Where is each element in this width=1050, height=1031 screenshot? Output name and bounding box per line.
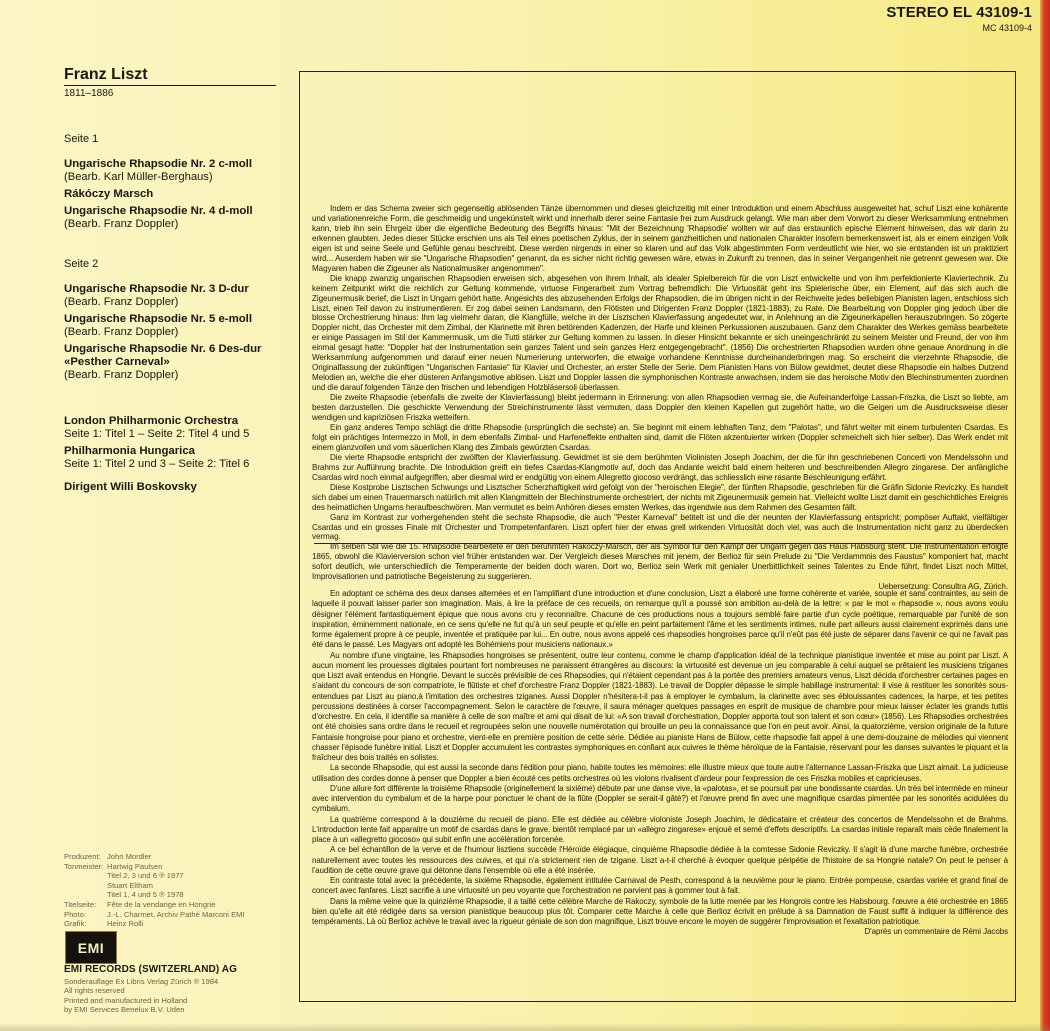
- composer-name: Franz Liszt: [64, 66, 276, 86]
- track-arrangement: (Bearb. Karl Müller-Berghaus): [64, 171, 294, 184]
- cassette-number: MC 43109-4: [886, 23, 1032, 33]
- notes-paragraph: Indem er das Schema zweier sich gegensei…: [312, 204, 1008, 274]
- track-item: Ungarische Rhapsodie Nr. 5 e-moll (Bearb…: [64, 313, 294, 339]
- track-subtitle: «Pesther Carneval»: [64, 356, 294, 369]
- orchestra-name: Philharmonia Hungarica: [64, 445, 294, 458]
- track-item: Ungarische Rhapsodie Nr. 3 D-dur (Bearb.…: [64, 283, 294, 309]
- track-item: Ungarische Rhapsodie Nr. 6 Des-dur «Pest…: [64, 343, 294, 382]
- commentary-credit: D'après un commentaire de Rémi Jacobs: [312, 927, 1008, 937]
- notes-paragraph: En contraste total avec la précédente, l…: [312, 876, 1008, 897]
- notes-paragraph: A ce bel échantillon de la verve et de l…: [312, 845, 1008, 876]
- orchestra-name: London Philharmonic Orchestra: [64, 415, 294, 428]
- side-1-tracks: Ungarische Rhapsodie Nr. 2 c-moll (Bearb…: [64, 158, 294, 231]
- side-1-label: Seite 1: [64, 133, 294, 145]
- notes-paragraph: Im selben Stil wie die 15. Rhapsodie bea…: [312, 542, 1008, 582]
- liner-notes-german: Indem er das Schema zweier sich gegensei…: [312, 204, 1008, 592]
- track-title: Ungarische Rhapsodie Nr. 3 D-dur: [64, 283, 294, 296]
- track-title: Ungarische Rhapsodie Nr. 5 e-moll: [64, 313, 294, 326]
- notes-paragraph: Dans la même veine que la quinzième Rhap…: [312, 897, 1008, 928]
- sleeve-bottom-shadow: [0, 1023, 1050, 1031]
- legal-notice: Sonderauflage Ex Libris Verlag Zürich ℗ …: [64, 977, 218, 1015]
- performer-item: London Philharmonic Orchestra Seite 1: T…: [64, 415, 294, 441]
- catalog-number-block: STEREO EL 43109-1 MC 43109-4: [886, 4, 1032, 33]
- notes-paragraph: Ganz im Kontrast zur vorhergehenden steh…: [312, 513, 1008, 543]
- track-listing-column: Franz Liszt 1811–1886 Seite 1 Ungarische…: [64, 66, 294, 493]
- track-arrangement: (Bearb. Franz Doppler): [64, 218, 294, 231]
- track-item: Ungarische Rhapsodie Nr. 4 d-moll (Bearb…: [64, 205, 294, 231]
- performers: London Philharmonic Orchestra Seite 1: T…: [64, 415, 294, 471]
- track-title: Ungarische Rhapsodie Nr. 4 d-moll: [64, 205, 294, 218]
- credit-row: Tonmeister:Hartwig Paulsen: [64, 862, 245, 872]
- notes-paragraph: Au nombre d'une vingtaine, les Rhapsodie…: [312, 651, 1008, 764]
- notes-paragraph: En adoptant ce schéma des deux danses al…: [312, 589, 1008, 651]
- orchestra-tracks: Seite 1: Titel 1 – Seite 2: Titel 4 und …: [64, 428, 294, 441]
- language-divider: [314, 543, 1008, 544]
- notes-paragraph: Die knapp zwanzig ungarischen Rhapsodien…: [312, 274, 1008, 393]
- side-2-tracks: Ungarische Rhapsodie Nr. 3 D-dur (Bearb.…: [64, 283, 294, 382]
- notes-paragraph: La quatrième correspond à la douzième du…: [312, 815, 1008, 846]
- credit-row: Grafik:Heinz Rolli: [64, 919, 245, 929]
- side-2-label: Seite 2: [64, 258, 294, 270]
- catalog-number: STEREO EL 43109-1: [886, 4, 1032, 21]
- track-item: Rákóczy Marsch: [64, 188, 294, 201]
- composer-years: 1811–1886: [64, 88, 294, 99]
- credit-row: Titel 2, 3 und 6 ℗ 1977: [64, 871, 245, 881]
- conductor: Dirigent Willi Boskovsky: [64, 481, 294, 493]
- orchestra-tracks: Seite 1: Titel 2 und 3 – Seite 2: Titel …: [64, 458, 294, 471]
- notes-paragraph: Die vierte Rhapsodie entspricht der zwöl…: [312, 453, 1008, 483]
- track-title: Ungarische Rhapsodie Nr. 2 c-moll: [64, 158, 294, 171]
- performer-item: Philharmonia Hungarica Seite 1: Titel 2 …: [64, 445, 294, 471]
- track-arrangement: (Bearb. Franz Doppler): [64, 296, 294, 309]
- notes-paragraph: Ein ganz anderes Tempo schlägt die dritt…: [312, 423, 1008, 453]
- record-label-name: EMI RECORDS (SWITZERLAND) AG: [64, 964, 237, 975]
- track-item: Ungarische Rhapsodie Nr. 2 c-moll (Bearb…: [64, 158, 294, 184]
- credit-row: Photo:J.-L. Charmet, Archiv Pathé Marcon…: [64, 910, 245, 920]
- notes-paragraph: D'une allure fort différente la troisièm…: [312, 784, 1008, 815]
- record-sleeve-red-edge: [1040, 0, 1050, 1031]
- credit-row: Titelseite:Fête de la vendange en Hongri…: [64, 900, 245, 910]
- credit-row: Stuart Eltham: [64, 881, 245, 891]
- notes-paragraph: Diese Kostprobe Lisztschen Schwungs und …: [312, 483, 1008, 513]
- credit-row: Titel 1, 4 und 5 ℗ 1978: [64, 890, 245, 900]
- production-credits: Produzent:John Mordler Tonmeister:Hartwi…: [64, 852, 245, 929]
- track-arrangement: (Bearb. Franz Doppler): [64, 369, 294, 382]
- credit-row: Produzent:John Mordler: [64, 852, 245, 862]
- notes-paragraph: Die zweite Rhapsodie (ebenfalls die zwei…: [312, 393, 1008, 423]
- notes-paragraph: La seconde Rhapsodie, qui est aussi la s…: [312, 763, 1008, 784]
- emi-logo: EMI: [66, 932, 116, 963]
- liner-notes-french: En adoptant ce schéma des deux danses al…: [312, 589, 1008, 938]
- track-title: Ungarische Rhapsodie Nr. 6 Des-dur: [64, 343, 294, 356]
- track-title: Rákóczy Marsch: [64, 188, 294, 201]
- track-arrangement: (Bearb. Franz Doppler): [64, 326, 294, 339]
